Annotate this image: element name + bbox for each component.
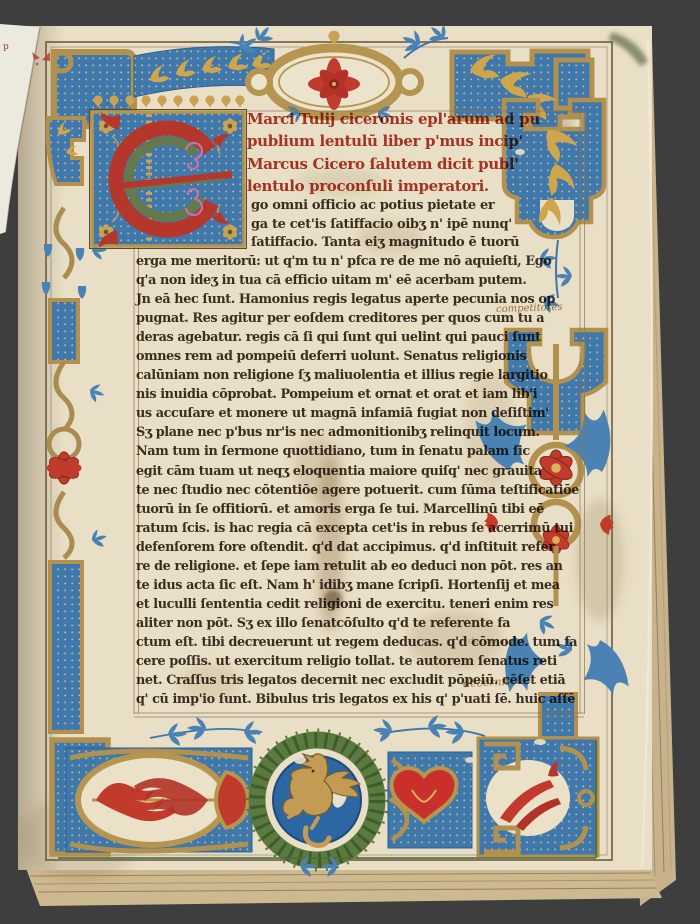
body-line: omnes rem ad pompeiū deferri uolunt. Sen… <box>136 347 588 366</box>
body-text: erga me meritorū: ut q'm tu n' pfca re d… <box>136 252 588 709</box>
body-line: erga me meritorū: ut q'm tu n' pfca re d… <box>136 252 588 271</box>
body-line: q'a non ideʒ in tua cā efficio uitam m' … <box>136 271 588 290</box>
body-line: ſatiffacio. Tanta eiʒ magnitudo ē tuorū <box>251 234 583 253</box>
body-line: deras agebatur. regis cā ſi qui ſunt qui… <box>136 328 588 347</box>
body-line: go omni officio ac potius pietate er <box>251 197 583 216</box>
rubric-line: Marcus Cicero ſalutem dicit publ' <box>247 153 585 175</box>
manuscript-photo: Marci Tulij ciceronis epl'arum ad pupubl… <box>0 0 700 924</box>
body-line: calūniam non religione ſʒ maliuolentia e… <box>136 366 588 385</box>
margin-note-competitores: competitores <box>496 302 563 315</box>
body-line: us accuſare et monere ut magnā infamiā f… <box>136 404 588 423</box>
body-line: defenſorem fore oſtendit. q'd dat accipi… <box>136 538 588 557</box>
body-line: nis inuidia cōprobat. Pompeium et ornat … <box>136 385 588 404</box>
body-line: net. Craſſus tris legatos decernit nec e… <box>136 671 588 690</box>
body-line: ctum eſt. tibi decreuerunt ut regem dedu… <box>136 633 588 652</box>
margin-note-decernit: decernit <box>463 675 510 690</box>
body-line: cere poſſis. ut exercitum religio tollat… <box>136 652 588 671</box>
body-line: egit cām tuam ut neqʒ eloquentia maiore … <box>136 462 588 481</box>
body-line: Nam tum in ſermone quottidiano, tum in ſ… <box>136 442 588 461</box>
rubric-line: Marci Tulij ciceronis epl'arum ad pu <box>247 108 585 130</box>
body-line: Sʒ plane nec p'bus nr'is nec admonitioni… <box>136 423 588 442</box>
body-line: ratum ſcis. is hac regia cā excepta cet'… <box>136 519 588 538</box>
body-text-beside-initial: go omni officio ac potius pietate erga t… <box>251 197 583 253</box>
body-line: te idus acta ſic eſt. Nam h' idibʒ mane … <box>136 576 588 595</box>
rubric-line: publium lentulū liber p'mus incip' <box>247 130 585 152</box>
body-line: re de religione. et ſepe iam retulit ab … <box>136 557 588 576</box>
margin-note-red: p <box>2 42 9 53</box>
body-line: aliter non pōt. Sʒ ex illo ſenatcōſulto … <box>136 614 588 633</box>
rubric-heading: Marci Tulij ciceronis epl'arum ad pupubl… <box>247 108 585 198</box>
rubric-line: lentulo proconſuli imperatori. <box>247 175 585 197</box>
body-line: te nec ſtudio nec cōtentiōe agere potuer… <box>136 481 588 500</box>
body-line: ga te cet'is ſatiffacio oibʒ n' ipē nunq… <box>251 216 583 235</box>
body-line: et luculli ſententia cedit religioni de … <box>136 595 588 614</box>
margin-note-decernat: decernat <box>468 637 509 647</box>
illuminated-initial <box>90 95 247 255</box>
body-line: tuorū in ſe offitiorū. et amoris erga ſe… <box>136 500 588 519</box>
body-line: q' cū imp'io ſunt. Bibulus tris legatos … <box>136 690 588 709</box>
